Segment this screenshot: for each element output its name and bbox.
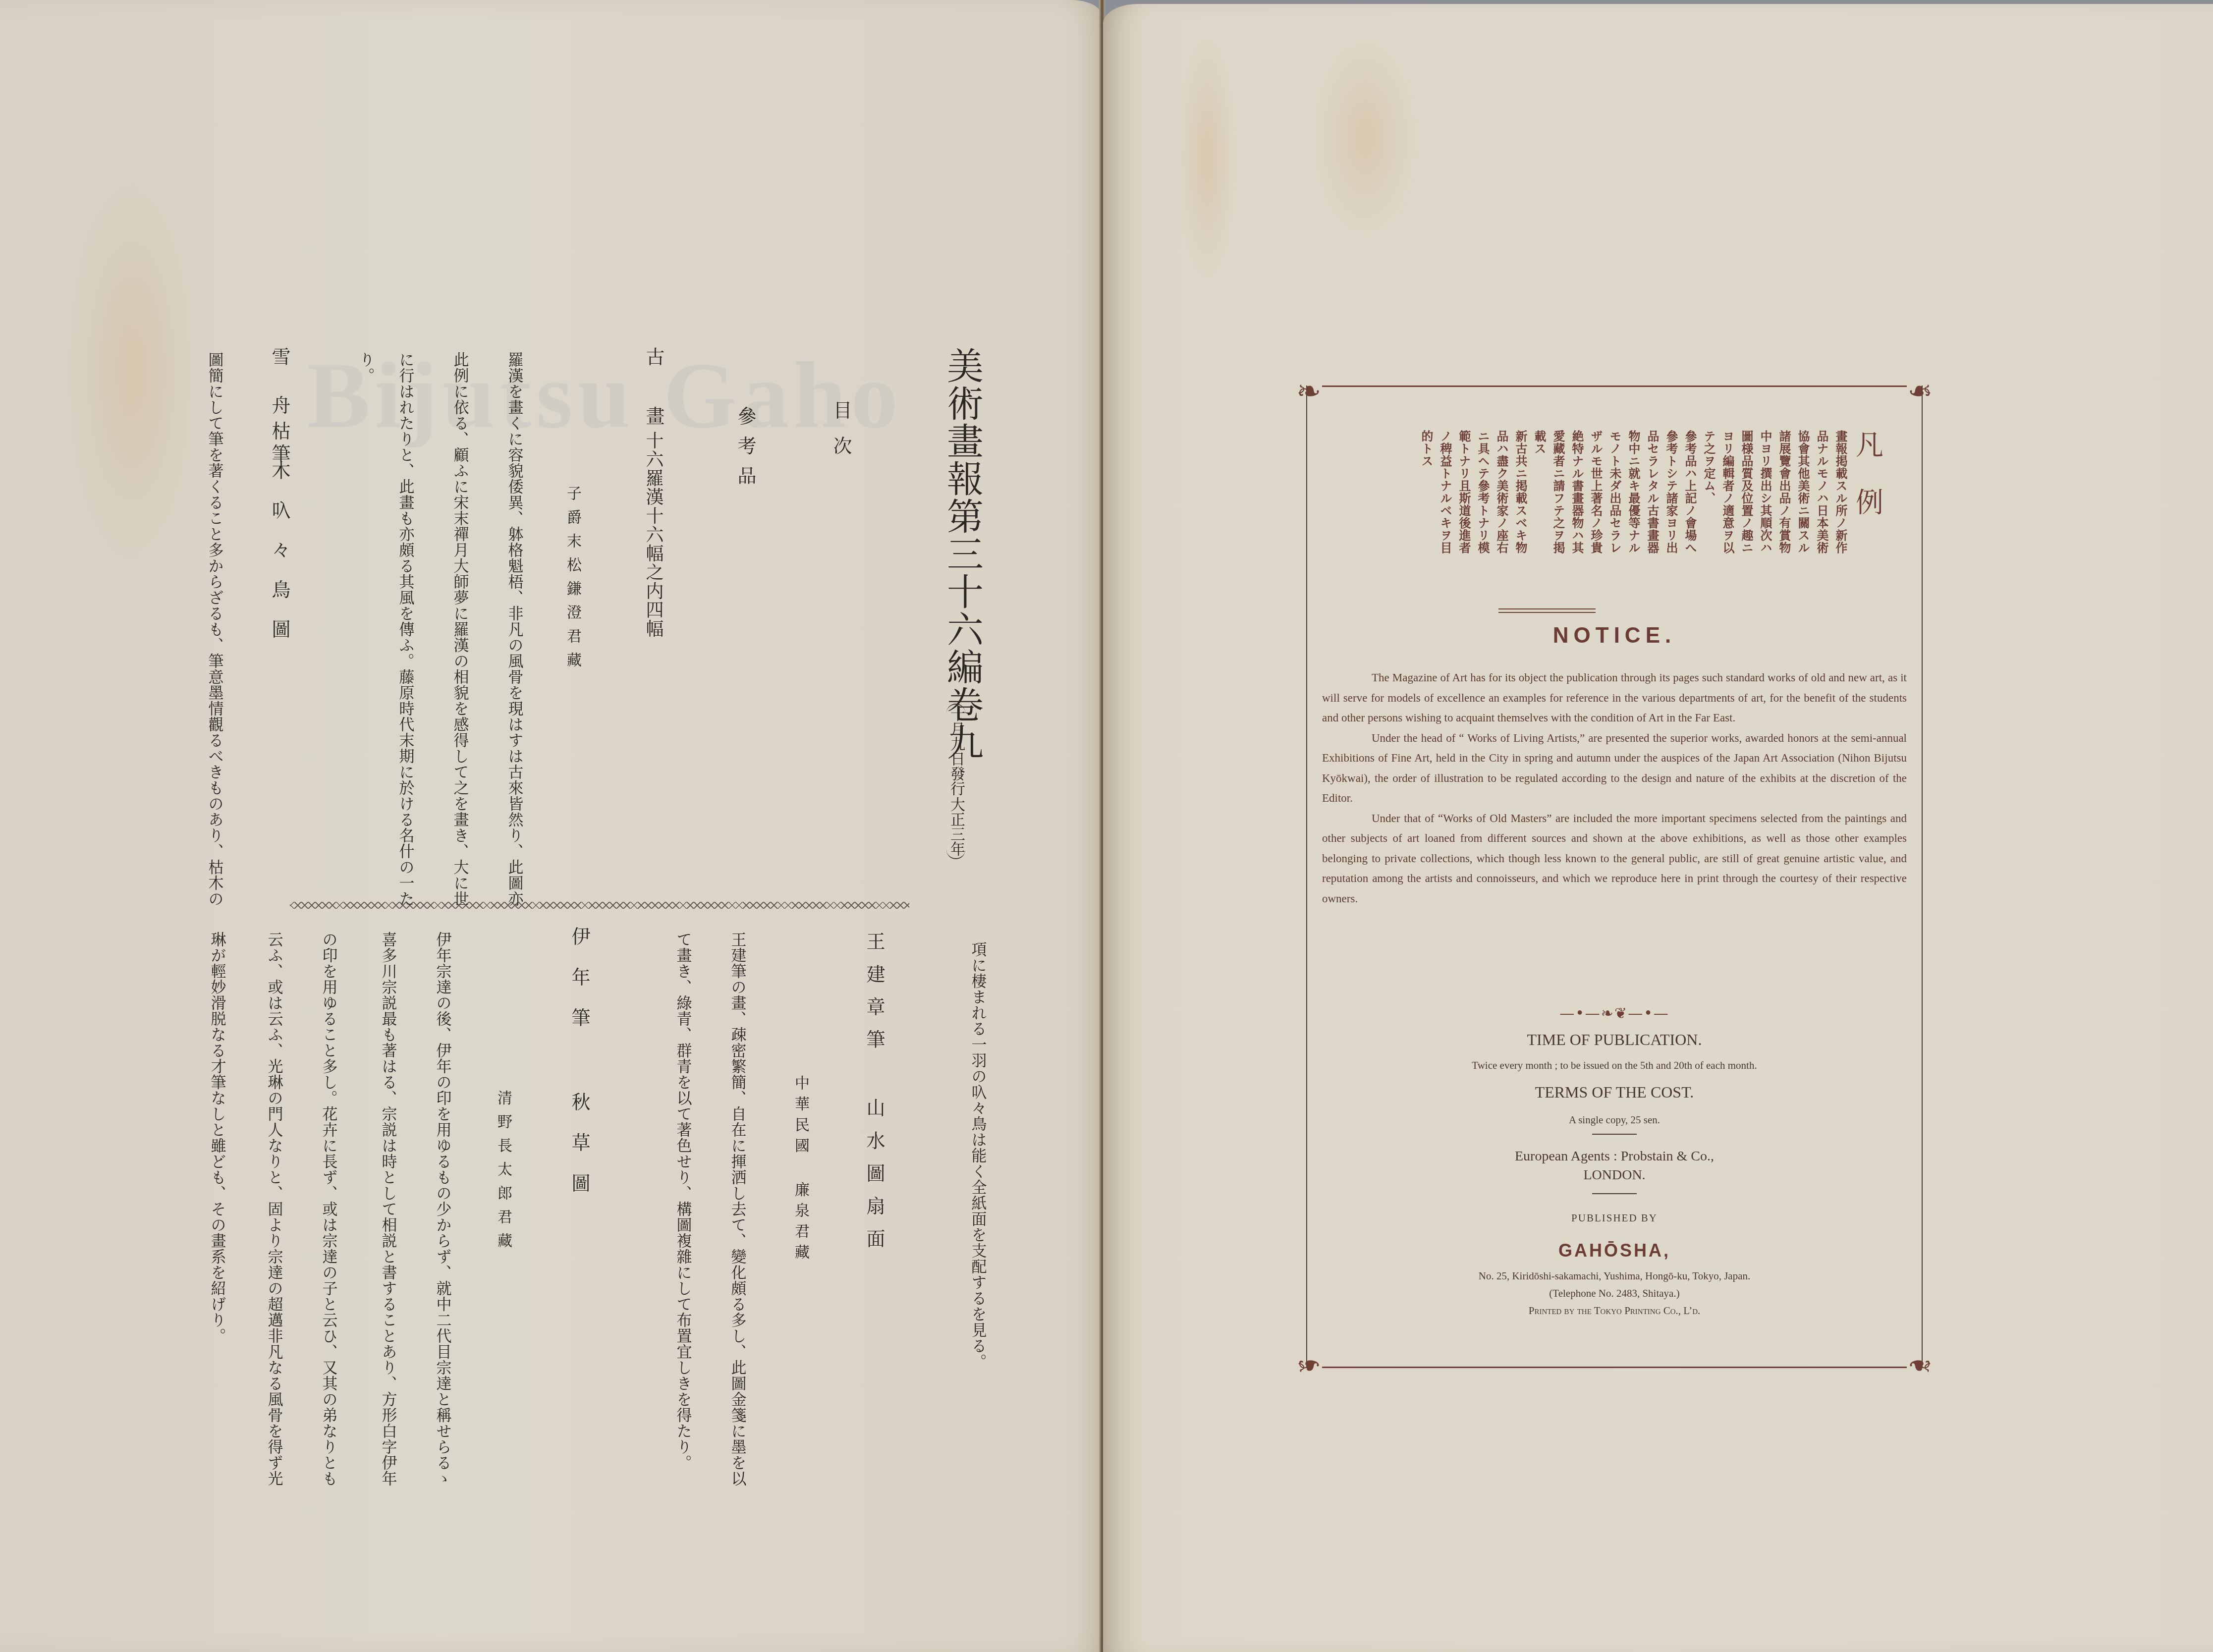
hanrei-title: 凡例 bbox=[1847, 430, 1887, 545]
hanrei-column: テ之ヲ定ム、 bbox=[1701, 430, 1715, 589]
hanrei-column: 參考品ハ上記ノ會場へ bbox=[1682, 430, 1697, 589]
hanrei-column: 愛藏者ニ請フテ之ヲ掲 bbox=[1550, 430, 1565, 589]
entry-description-continuation: 項に棲まれる一羽の叺々鳥は能く全紙面を支配するを見る。 bbox=[969, 941, 985, 1370]
corner-ornament-icon: ❧ bbox=[1911, 1350, 1933, 1380]
issue-date: 大正三年 十月九日發行 bbox=[946, 704, 965, 859]
notice-paragraph: Under the head of “ Works of Living Arti… bbox=[1322, 728, 1907, 809]
entry-description-line: 伊年宗達の後、伊年の印を用ゆるもの少からず、就中二代目宗達と稱せらるゝ bbox=[434, 932, 450, 1487]
entry-owner: 清野長太郎君藏 bbox=[496, 1090, 510, 1257]
entry-description-line: 王建筆の畫、疎密繁簡、自在に揮洒し去て、變化頗る多し、此圖金箋に墨を以 bbox=[728, 932, 745, 1487]
hanrei-column: 品ナルモノハ日本美術 bbox=[1814, 430, 1828, 589]
agents-line: European Agents : Probstain & Co., bbox=[1307, 1149, 1922, 1164]
magazine-title: 美術畫報第三十六編卷九 bbox=[944, 347, 981, 761]
entry-description-line: 云ふ、或は云ふ、光琳の門人なりと、固より宗達の超邁非凡なる風骨を得ず光 bbox=[265, 932, 281, 1487]
entry-description-line: に行はれたりと、此畫も亦頗る其風を傳ふ。藤原時代末期に於ける名什の一た bbox=[396, 352, 413, 907]
magazine-spread: Bijutsu Gaho 美術畫報第三十六編卷九 大正三年 十月九日發行 目次 … bbox=[0, 0, 2213, 1652]
hanrei-column: 品ハ盡ク美術家ノ座右 bbox=[1494, 430, 1508, 589]
entry-description-line: り。 bbox=[357, 352, 373, 384]
notice-body: The Magazine of Art has for its object t… bbox=[1322, 668, 1907, 909]
entry-description-line: 羅漢を畫くに容貌倭異、躰格魁梧、非凡の風骨を現はすは古來皆然り、此圖亦 bbox=[505, 352, 522, 907]
left-page: Bijutsu Gaho 美術畫報第三十六編卷九 大正三年 十月九日發行 目次 … bbox=[0, 0, 1101, 1652]
paper-stain bbox=[1177, 34, 1237, 281]
issue-date-day: 十月九日發行 bbox=[947, 707, 964, 796]
hanrei-column: 絶特ナル書畫器物ハ其 bbox=[1569, 430, 1584, 589]
corner-ornament-icon: ❧ bbox=[1296, 1350, 1318, 1380]
hanrei-column: 的トス bbox=[1418, 430, 1433, 589]
entry-description-line: 琳が輕妙滑脱なる才筆なしと雖ども、その畫系を紹げり。 bbox=[208, 932, 224, 1344]
entry-description-line: 圖簡にして筆を著くること多からざるも、筆意墨情觀るべきものあり、枯木の bbox=[206, 352, 222, 907]
notice-title: NOTICE. bbox=[1307, 623, 1922, 648]
frame-top-rule bbox=[1322, 385, 1907, 387]
entry-description-line: て畫き、綠青、群青を以て著色せり、構圖複雜にして布置宜しきを得たり。 bbox=[674, 932, 690, 1471]
time-heading: TIME OF PUBLICATION. bbox=[1307, 1031, 1922, 1049]
published-by-label: PUBLISHED BY bbox=[1307, 1212, 1922, 1224]
publisher-address: No. 25, Kiridōshi-sakamachi, Yushima, Ho… bbox=[1307, 1270, 1922, 1282]
section-heading: 參考品 bbox=[736, 406, 755, 496]
notice-paragraph: The Magazine of Art has for its object t… bbox=[1322, 668, 1907, 728]
double-rule bbox=[1498, 608, 1596, 613]
time-text: Twice every month ; to be issued on the … bbox=[1307, 1059, 1922, 1072]
hanrei-column: ヨリ編輯者ノ適意ヲ以 bbox=[1719, 430, 1734, 589]
hanrei-column: 新古共ニ掲載スベキ物 bbox=[1512, 430, 1527, 589]
entry-title: 王建章筆 山水圖扇面 bbox=[865, 932, 884, 1262]
paper-stain bbox=[59, 149, 208, 595]
section-divider bbox=[290, 902, 909, 909]
printer-line: Printed by the Tokyo Printing Co., L’d. bbox=[1307, 1305, 1922, 1317]
publisher-telephone: (Telephone No. 2483, Shitaya.) bbox=[1307, 1287, 1922, 1300]
hanrei-column: 範トナリ且斯道後進者 bbox=[1456, 430, 1471, 589]
publisher-name: GAHŌSHA, bbox=[1307, 1240, 1922, 1261]
entry-title: 十六羅漢十六幅之内四幅 bbox=[644, 431, 662, 638]
entry-title: 枯木叺々鳥圖 bbox=[270, 421, 289, 659]
hanrei-column: 物中ニ就キ最優等ナル bbox=[1625, 430, 1640, 589]
hanrei-column: ニ具ヘテ參考トナリ模 bbox=[1475, 430, 1490, 589]
hanrei-text: 畫報掲載スル所ノ新作 品ナルモノハ日本美術 協會其他美術ニ關スル 諸展覽會出品ノ… bbox=[1418, 430, 1847, 589]
entry-description-line: 此例に依る、顧ふに宋末禪月大師夢に羅漢の相貌を感得して之を畫き、大に世 bbox=[451, 352, 467, 907]
notice-paragraph: Under that of “Works of Old Masters” are… bbox=[1322, 809, 1907, 909]
fleuron-divider-icon: —•—❧❦—•— bbox=[1307, 1005, 1922, 1022]
hanrei-column: 品セラレタル古書畫器 bbox=[1644, 430, 1659, 589]
hanrei-column: 畫報掲載スル所ノ新作 bbox=[1832, 430, 1847, 589]
frame-bottom-rule bbox=[1322, 1367, 1907, 1368]
hanrei-column: 協會其他美術ニ關スル bbox=[1795, 430, 1810, 589]
notice-frame: ❧ ❧ ❧ ❧ 凡例 畫報掲載スル所ノ新作 品ナルモノハ日本美術 協會其他美術ニ… bbox=[1306, 385, 1923, 1368]
hanrei-column: 諸展覽會出品ノ有賞物 bbox=[1776, 430, 1791, 589]
entry-owner: 中華民國 廉泉君藏 bbox=[793, 1075, 808, 1265]
corner-ornament-icon: ❧ bbox=[1296, 377, 1318, 406]
hanrei-column: ザルモ世上著名ノ珍貴 bbox=[1588, 430, 1603, 589]
hanrei-column: 中ヨリ撰出シ其順次ハ bbox=[1757, 430, 1772, 589]
hanrei-column: 參考トシテ諸家ヨリ出 bbox=[1663, 430, 1678, 589]
issue-date-era: 大正三年 bbox=[947, 797, 964, 856]
entry-owner: 子爵末松鎌澄君藏 bbox=[565, 486, 580, 676]
entry-title: 伊年筆 秋草圖 bbox=[570, 927, 589, 1214]
hanrei-column: ノ稗益トナルベキヲ目 bbox=[1437, 430, 1452, 589]
cost-heading: TERMS OF THE COST. bbox=[1307, 1083, 1922, 1101]
short-rule bbox=[1592, 1134, 1637, 1135]
toc-heading: 目次 bbox=[831, 400, 850, 472]
corner-ornament-icon: ❧ bbox=[1911, 377, 1933, 406]
hanrei-column: モノト未ダ出品セラレ bbox=[1606, 430, 1621, 589]
short-rule bbox=[1592, 1193, 1637, 1194]
entry-description-line: の印を用ゆること多し。花卉に長ず、或は宗達の子と云ひ、又其の弟なりとも bbox=[320, 932, 336, 1487]
entry-description-line: 喜多川宗説最も著はる、宗説は時として相説と書することあり、方形白字伊年 bbox=[379, 932, 395, 1487]
hanrei-column: 載ス bbox=[1531, 430, 1546, 589]
hanrei-column: 圖様品質及位置ノ趣ニ bbox=[1738, 430, 1753, 589]
agents-city: LONDON. bbox=[1307, 1167, 1922, 1183]
paper-stain bbox=[1311, 34, 1420, 242]
cost-text: A single copy, 25 sen. bbox=[1307, 1114, 1922, 1126]
